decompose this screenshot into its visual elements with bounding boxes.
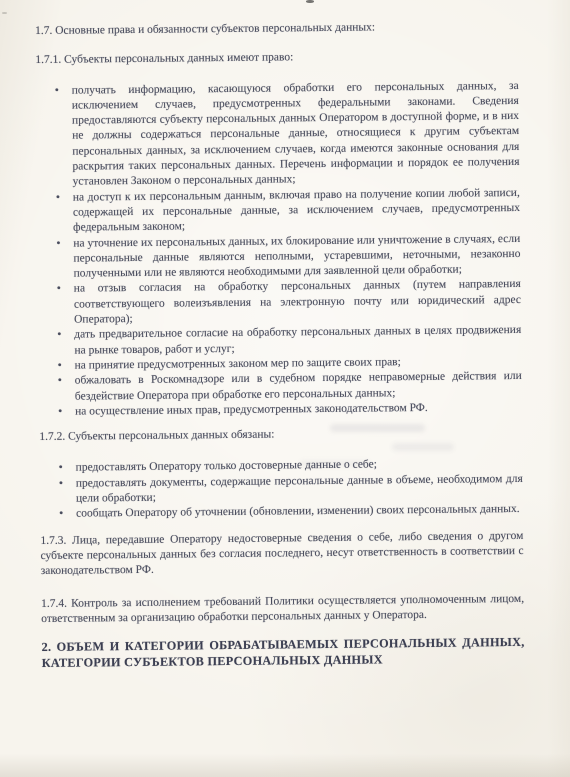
list-item-text: дать предварительное согласие на обработ… [74, 324, 521, 356]
bullet-icon: • [59, 460, 63, 475]
list-item: • на доступ к их персональным данным, вк… [37, 186, 520, 237]
list-item: • на отзыв согласия на обработку персона… [38, 277, 521, 328]
bullet-icon: • [56, 189, 60, 204]
duties-list: • предоставлять Оператору только достове… [40, 456, 524, 522]
bullet-icon: • [57, 327, 61, 342]
clause-1-7: 1.7. Основные права и обязанности субъек… [35, 19, 518, 39]
list-item-text: сообщать Оператору об уточнении (обновле… [76, 503, 520, 520]
bullet-icon: • [58, 404, 62, 419]
rights-list: • получать информацию, касающуюся обрабо… [36, 79, 522, 421]
list-item: • получать информацию, касающуюся обрабо… [36, 79, 520, 191]
list-item-text: получать информацию, касающуюся обработк… [72, 80, 520, 188]
list-item-text: на доступ к их персональным данным, вклю… [73, 187, 520, 234]
scan-speck [306, 0, 314, 3]
list-item-text: на осуществление иных прав, предусмотрен… [75, 402, 428, 418]
document-body: 1.7. Основные права и обязанности субъек… [35, 19, 525, 672]
scanned-document-page: 1.7. Основные права и обязанности субъек… [0, 0, 570, 777]
list-item-text: на отзыв согласия на обработку персональ… [74, 278, 521, 325]
list-item: • обжаловать в Роскомнадзоре или в судеб… [39, 369, 522, 405]
clause-1-7-2: 1.7.2. Субъекты персональных данных обяз… [39, 425, 522, 445]
list-item-text: обжаловать в Роскомнадзоре или в судебно… [75, 370, 522, 402]
list-item: • на уточнение их персональных данных, и… [37, 231, 520, 282]
clause-1-7-4: 1.7.4. Контроль за исполнением требовани… [41, 591, 524, 627]
bullet-icon: • [57, 358, 61, 373]
bullet-icon: • [57, 281, 61, 296]
clause-1-7-3: 1.7.3. Лица, передавшие Оператору недост… [40, 529, 523, 580]
scan-speck [2, 12, 7, 14]
list-item: • предоставлять документы, содержащие пе… [40, 472, 523, 508]
clause-1-7-1: 1.7.1. Субъекты персональных данных имею… [35, 48, 518, 68]
bullet-icon: • [55, 82, 59, 97]
bullet-icon: • [59, 475, 63, 490]
bullet-icon: • [56, 235, 60, 250]
list-item-text: на уточнение их персональных данных, их … [73, 232, 520, 279]
bullet-icon: • [58, 373, 62, 388]
list-item-text: предоставлять Оператору только достоверн… [76, 459, 377, 474]
list-item: • дать предварительное согласие на обраб… [38, 323, 521, 359]
list-item-text: предоставлять документы, содержащие перс… [76, 473, 523, 505]
section-2-heading: 2. ОБЪЕМ И КАТЕГОРИИ ОБРАБАТЫВАЕМЫХ ПЕРС… [41, 635, 524, 672]
list-item-text: на принятие предусмотренных законом мер … [75, 356, 401, 371]
bullet-icon: • [59, 506, 63, 521]
